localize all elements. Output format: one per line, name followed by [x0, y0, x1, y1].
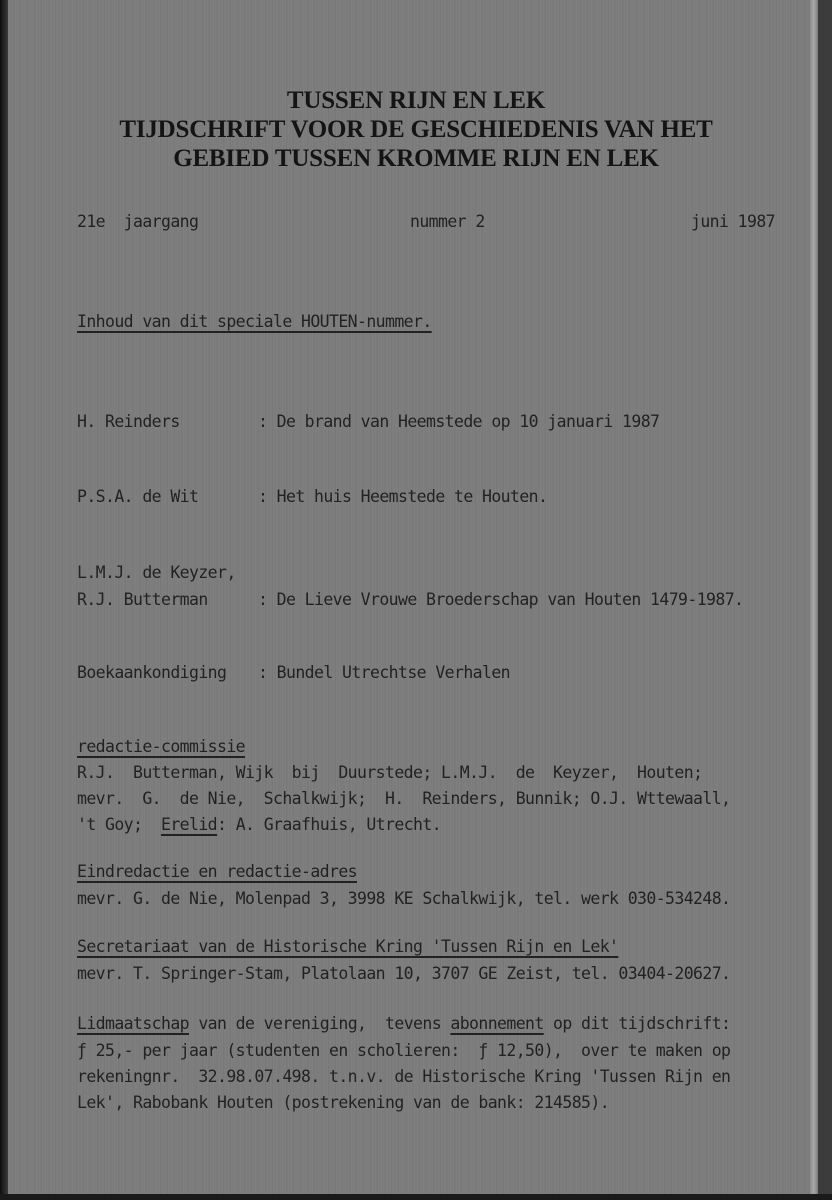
secretariat-heading: Secretariaat van de Historische Kring 'T… [77, 937, 618, 956]
text-fragment: van de vereniging, tevens [189, 1014, 450, 1033]
secretariat-address: mevr. T. Springer-Stam, Platolaan 10, 37… [77, 964, 730, 983]
membership-line: Lek', Rabobank Houten (postrekening van … [77, 1093, 609, 1112]
membership-line: Lidmaatschap van de vereniging, tevens a… [77, 1014, 730, 1033]
entry-author: Boekaankondiging [77, 663, 226, 682]
contents-heading: Inhoud van dit speciale HOUTEN-nummer. [77, 312, 432, 331]
editorial-committee-heading: redactie-commissie [77, 737, 245, 756]
editorial-committee-line: 't Goy; Erelid: A. Graafhuis, Utrecht. [77, 815, 441, 834]
text-fragment: op dit tijdschrift: [544, 1014, 731, 1033]
text-fragment: 't Goy; [77, 815, 161, 834]
honorary-member-value: : A. Graafhuis, Utrecht. [217, 815, 441, 834]
entry-title: : Bundel Utrechtse Verhalen [258, 663, 510, 682]
editorial-committee-line: mevr. G. de Nie, Schalkwijk; H. Reinders… [77, 789, 730, 808]
membership-line: ƒ 25,- per jaar (studenten en scholieren… [77, 1041, 730, 1060]
subscription-label: abonnement [450, 1014, 543, 1033]
entry-author: R.J. Butterman [77, 590, 208, 609]
entry-title: : De brand van Heemstede op 10 januari 1… [258, 412, 659, 431]
scan-bottom-edge [0, 1194, 832, 1200]
editorial-committee-line: R.J. Butterman, Wijk bij Duurstede; L.M.… [77, 763, 702, 782]
entry-author-first: L.M.J. de Keyzer, [77, 563, 236, 582]
issue-volume: 21e jaargang [77, 212, 198, 231]
entry-author: H. Reinders [77, 412, 180, 431]
binding-edge [0, 0, 8, 1200]
issue-date: juni 1987 [691, 212, 775, 231]
final-editing-address: mevr. G. de Nie, Molenpad 3, 3998 KE Sch… [77, 889, 730, 908]
journal-subtitle-line1: TIJDSCHRIFT VOOR DE GESCHIEDENIS VAN HET [0, 116, 832, 144]
honorary-member-label: Erelid [161, 815, 217, 834]
scan-background [818, 0, 832, 1200]
journal-subtitle-line2: GEBIED TUSSEN KROMME RIJN EN LEK [0, 145, 832, 173]
page-edge [810, 0, 818, 1196]
final-editing-heading: Eindredactie en redactie-adres [77, 862, 357, 881]
entry-author: P.S.A. de Wit [77, 487, 198, 506]
entry-title: : Het huis Heemstede te Houten. [258, 487, 547, 506]
entry-title: : De Lieve Vrouwe Broederschap van Houte… [258, 590, 743, 609]
journal-title: TUSSEN RIJN EN LEK [0, 87, 832, 115]
membership-line: rekeningnr. 32.98.07.498. t.n.v. de Hist… [77, 1067, 730, 1086]
membership-label: Lidmaatschap [77, 1014, 189, 1033]
issue-number: nummer 2 [410, 212, 485, 231]
